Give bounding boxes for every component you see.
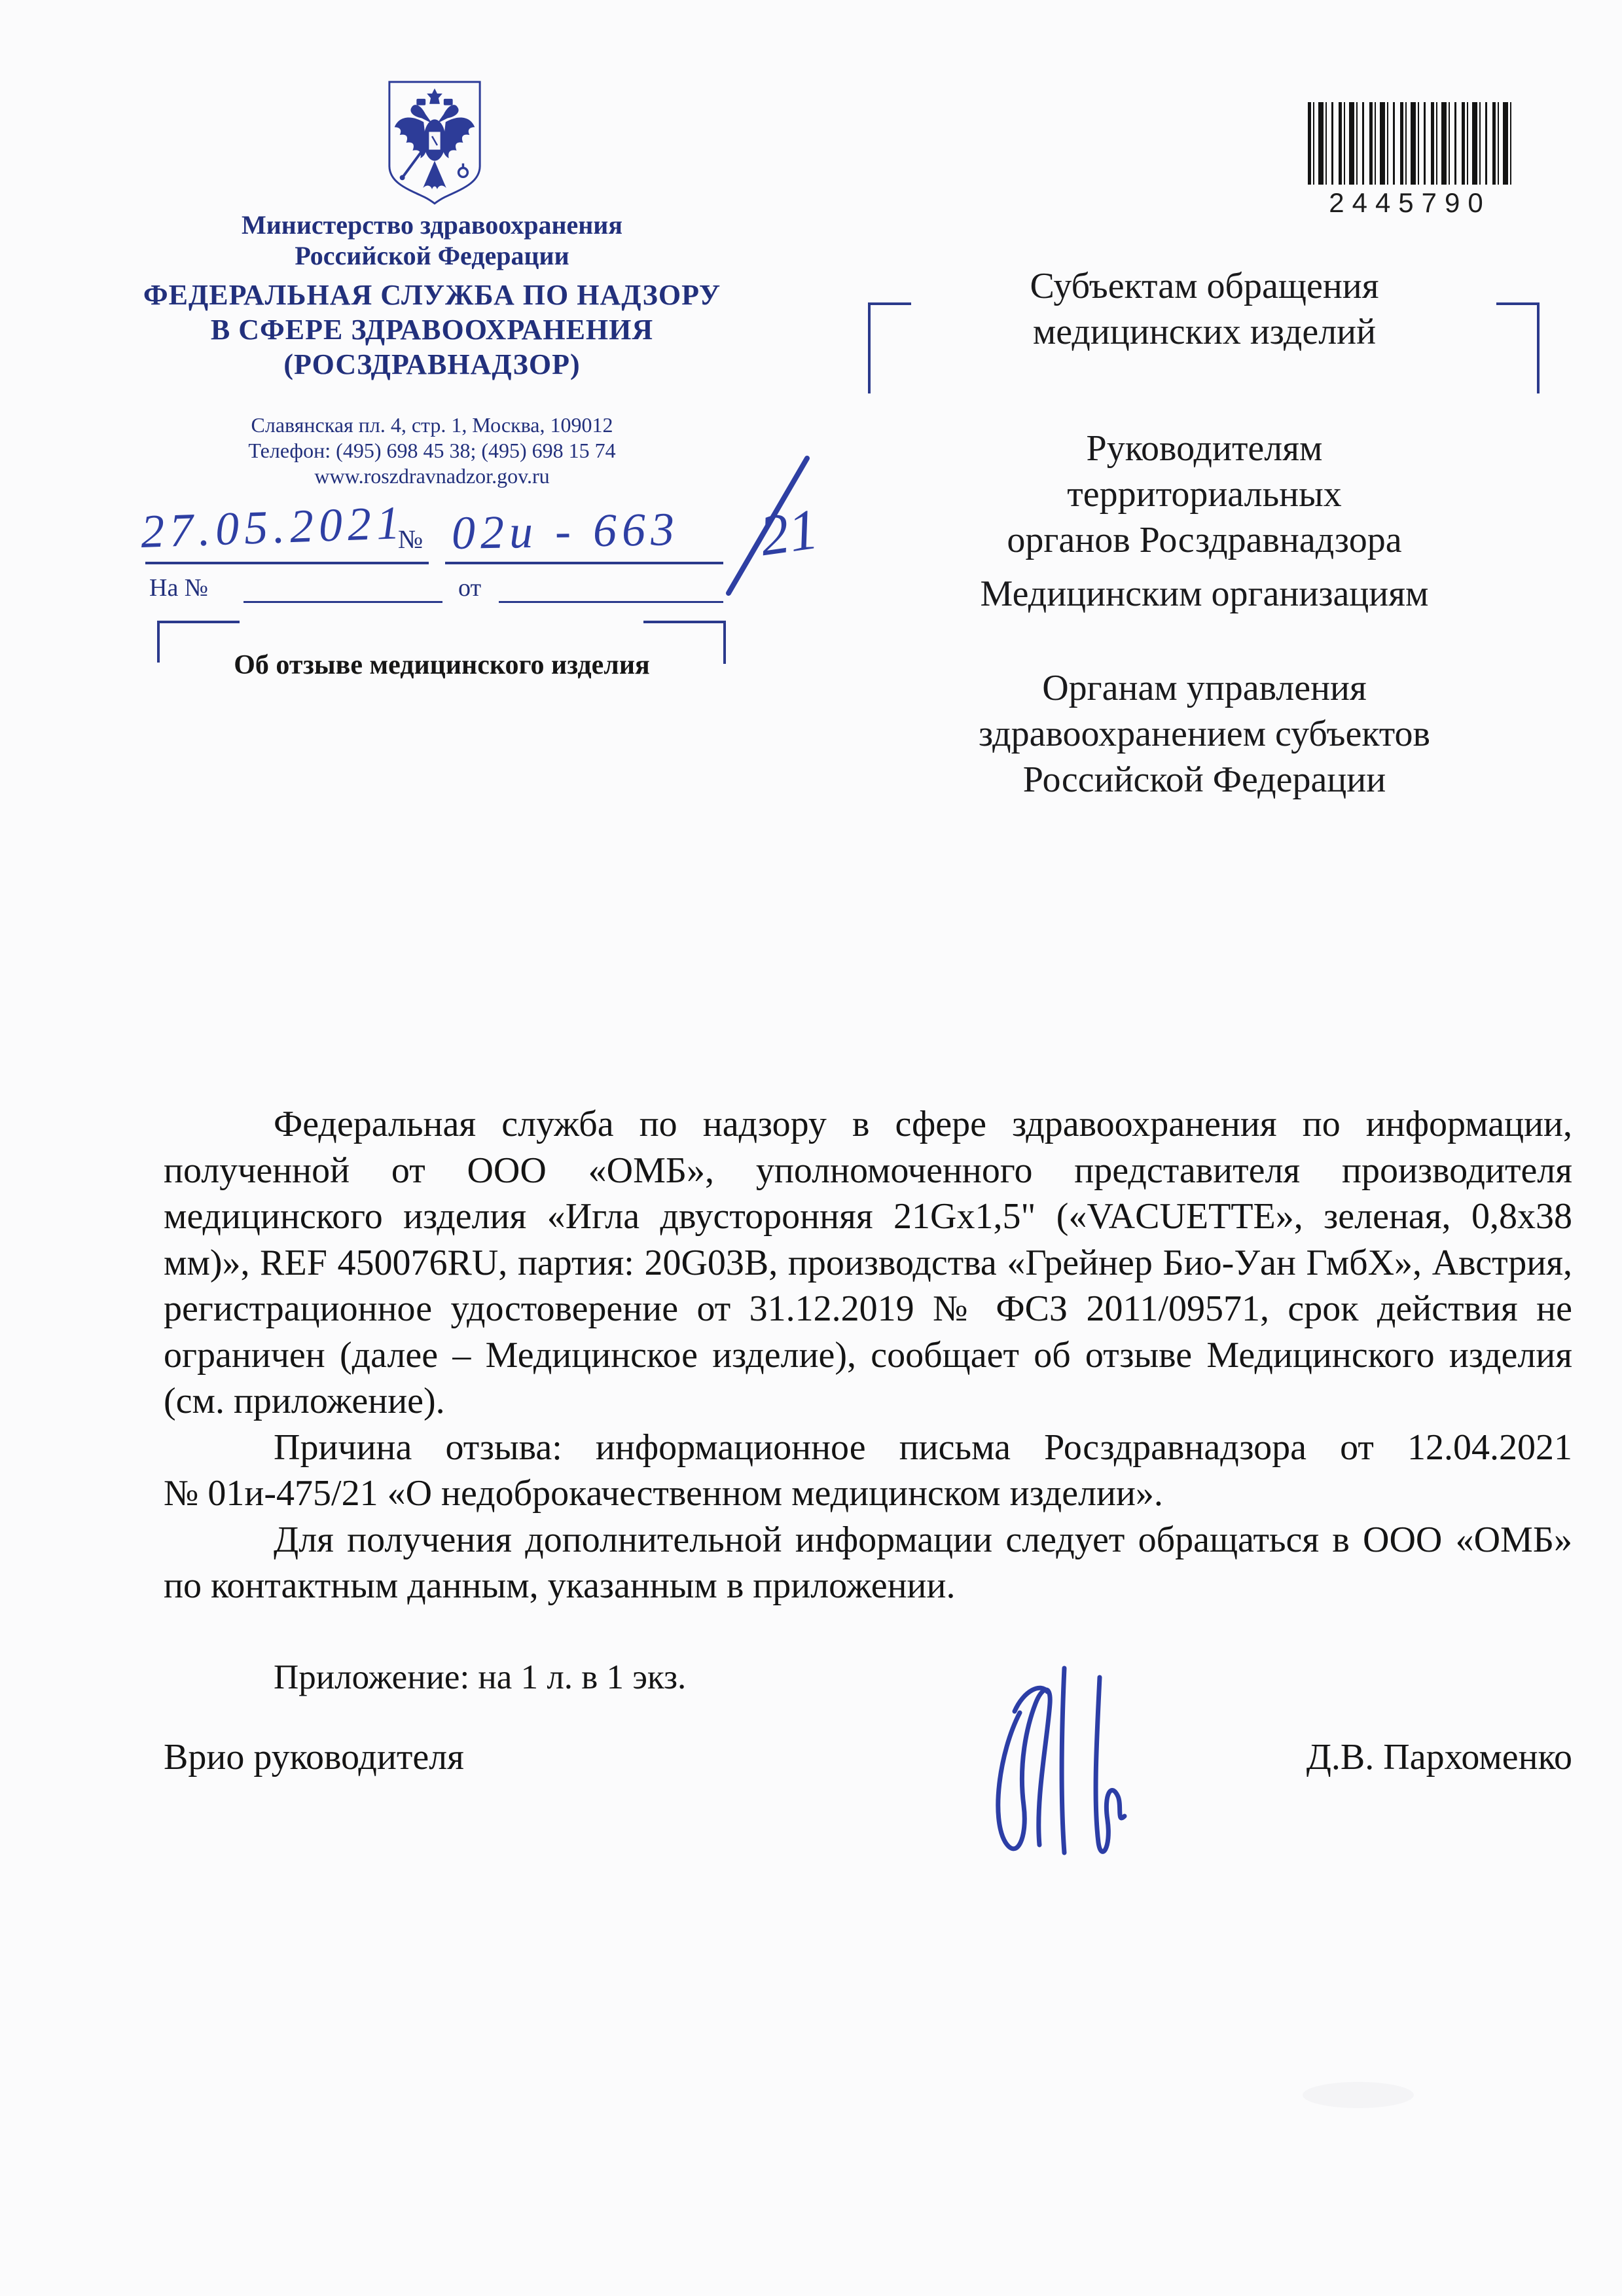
- addressee-line: Руководителям: [864, 426, 1545, 471]
- addressee-group-2: Руководителям территориальных органов Ро…: [864, 426, 1545, 563]
- body-paragraph-1: Федеральная служба по надзору в сфере зд…: [164, 1101, 1572, 1425]
- service-line2: В СФЕРЕ ЗДРАВООХРАНЕНИЯ: [98, 312, 766, 347]
- barcode-bars-icon: [1308, 102, 1512, 185]
- addressee-line: территориальных: [864, 471, 1545, 517]
- addressee-line: Российской Федерации: [864, 757, 1545, 803]
- ministry-line1: Министерство здравоохранения: [118, 210, 746, 240]
- ministry-line2: Российской Федерации: [118, 240, 746, 271]
- phone-numbers: Телефон: (495) 698 45 38; (495) 698 15 7…: [118, 438, 746, 464]
- number-underline: [445, 562, 723, 564]
- handwritten-outgoing-number: 02и - 663: [451, 502, 679, 560]
- signer-position: Врио руководителя: [164, 1736, 464, 1778]
- addressee-line: Органам управления: [864, 665, 1545, 711]
- date-underline: [145, 562, 429, 564]
- subject-line: Об отзыве медицинского изделия: [157, 649, 727, 681]
- addressee-line: медицинских изделий: [864, 309, 1545, 355]
- contact-block: Славянская пл. 4, стр. 1, Москва, 109012…: [118, 412, 746, 489]
- letter-body: Федеральная служба по надзору в сфере зд…: [164, 1101, 1572, 1609]
- addressee-line: здравоохранением субъектов: [864, 711, 1545, 757]
- service-name: ФЕДЕРАЛЬНАЯ СЛУЖБА ПО НАДЗОРУ В СФЕРЕ ЗД…: [98, 278, 766, 382]
- reply-number-underline: [243, 601, 442, 603]
- number-sign: №: [398, 524, 423, 555]
- service-line3: (РОСЗДРАВНАДЗОР): [98, 347, 766, 382]
- reply-from-label: от: [458, 574, 481, 602]
- addressee-group-4: Органам управления здравоохранением субъ…: [864, 665, 1545, 803]
- ministry-name: Министерство здравоохранения Российской …: [118, 210, 746, 271]
- svg-text:21: 21: [756, 498, 822, 568]
- addressee-line: органов Росздравнадзора: [864, 517, 1545, 563]
- website: www.roszdravnadzor.gov.ru: [118, 464, 746, 489]
- document-page: Министерство здравоохранения Российской …: [0, 0, 1622, 2296]
- barcode: 2445790: [1308, 102, 1512, 219]
- reply-date-underline: [499, 601, 723, 603]
- postal-address: Славянская пл. 4, стр. 1, Москва, 109012: [118, 412, 746, 438]
- russia-coat-of-arms-icon: [383, 76, 486, 207]
- handwritten-signature: [936, 1649, 1159, 1871]
- addressee-line: Медицинским организациям: [864, 571, 1545, 617]
- service-line1: ФЕДЕРАЛЬНАЯ СЛУЖБА ПО НАДЗОРУ: [98, 278, 766, 312]
- body-paragraph-3: Для получения дополнительной информации …: [164, 1517, 1572, 1609]
- addressee-line: Субъектам обращения: [864, 263, 1545, 309]
- signer-name: Д.В. Пархоменко: [1270, 1736, 1572, 1778]
- barcode-number: 2445790: [1308, 187, 1512, 219]
- scan-smudge: [1303, 2082, 1414, 2108]
- attachment-line: Приложение: на 1 л. в 1 экз.: [164, 1658, 1572, 1697]
- body-paragraph-2: Причина отзыва: информационное письма Ро…: [164, 1425, 1572, 1517]
- addressee-group-3: Медицинским организациям: [864, 571, 1545, 617]
- addressee-group-1: Субъектам обращения медицинских изделий: [864, 263, 1545, 355]
- reply-to-number-label: На №: [149, 574, 208, 602]
- handwritten-date: 27.05.2021: [140, 496, 406, 559]
- handwritten-number-suffix: 21: [710, 453, 848, 597]
